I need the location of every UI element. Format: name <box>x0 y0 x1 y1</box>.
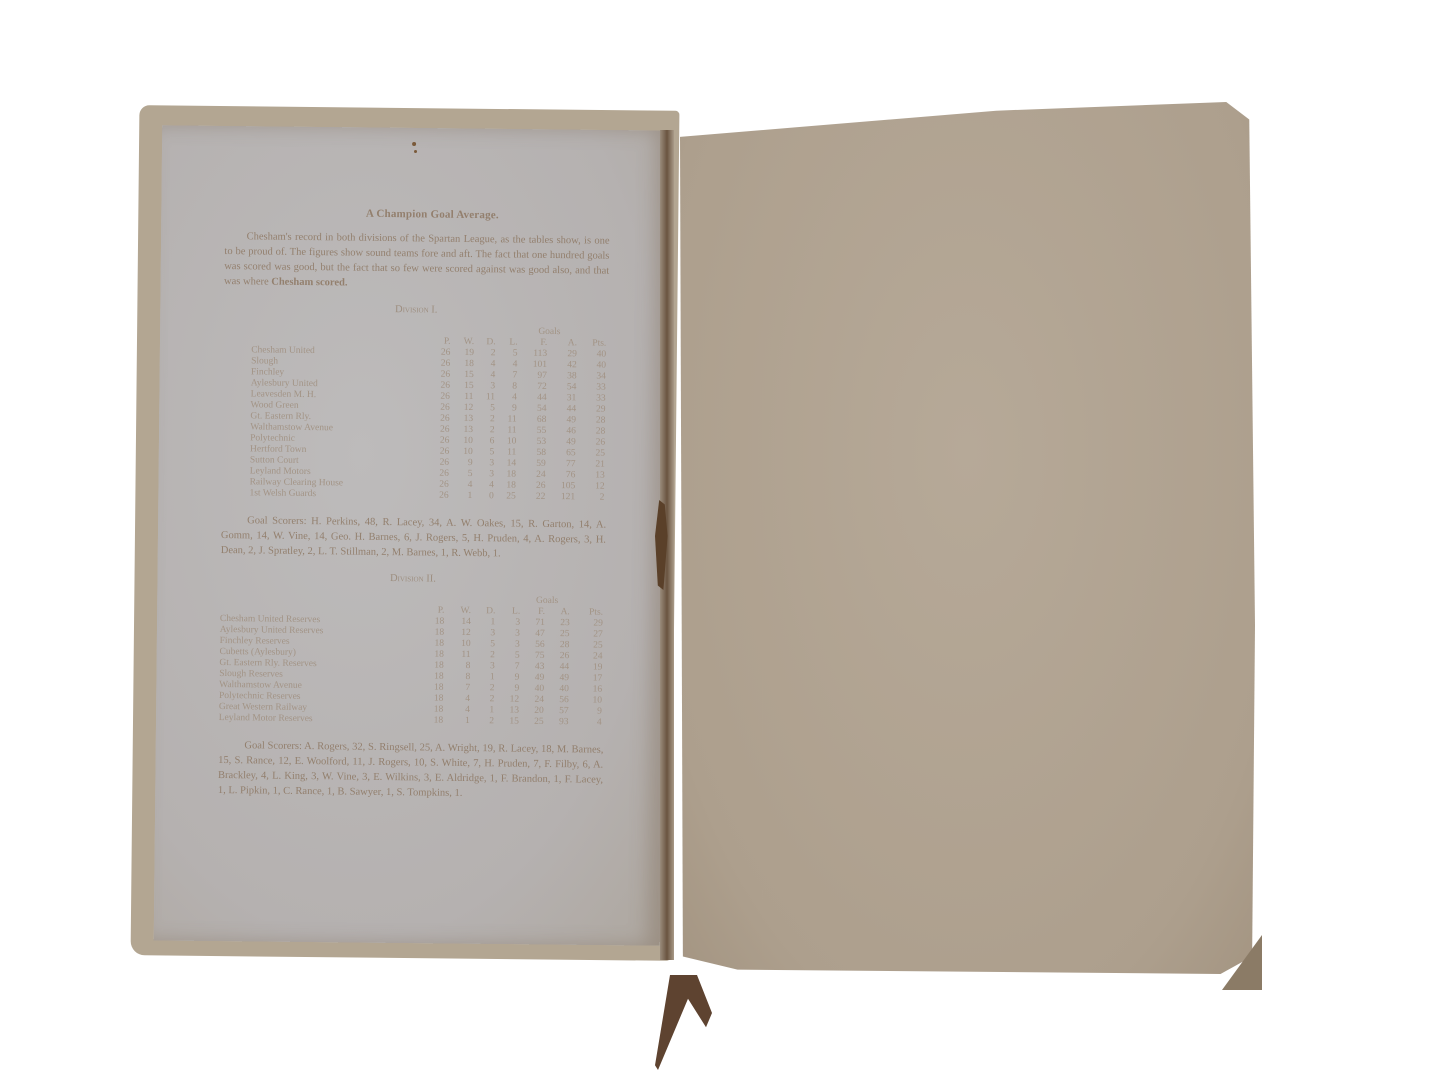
stat-a: 29 <box>549 349 579 360</box>
stat-w: 12 <box>452 403 476 414</box>
stat-pts: 25 <box>571 640 604 651</box>
stat-f: 113 <box>519 349 549 360</box>
stat-pts: 21 <box>577 459 606 470</box>
leader-dots <box>413 682 420 693</box>
stat-f: 71 <box>522 618 547 629</box>
stat-p: 18 <box>421 682 446 693</box>
stat-d: 2 <box>472 650 496 661</box>
stat-p: 26 <box>429 480 451 491</box>
stat-l: 11 <box>497 425 519 436</box>
leader-dots <box>414 649 421 660</box>
stat-pts: 19 <box>571 662 604 673</box>
stat-pts: 29 <box>572 618 605 629</box>
stat-f: 20 <box>521 706 546 717</box>
stat-d: 4 <box>476 359 498 370</box>
stat-f: 101 <box>519 360 549 371</box>
stat-p: 18 <box>420 693 445 704</box>
division-2-title: Division II. <box>220 570 605 589</box>
stat-f: 26 <box>518 481 548 492</box>
stat-a: 25 <box>547 629 572 640</box>
division-2-scorers: Goal Scorers: A. Rogers, 32, S. Ringsell… <box>218 738 604 803</box>
stat-l: 5 <box>497 650 522 661</box>
stat-l: 3 <box>497 639 522 650</box>
stat-f: 72 <box>519 382 549 393</box>
stat-w: 4 <box>451 480 475 491</box>
stat-l: 5 <box>497 348 519 359</box>
stat-pts: 25 <box>578 448 607 459</box>
stat-d: 4 <box>476 370 498 381</box>
stat-d: 4 <box>474 480 496 491</box>
stat-l: 14 <box>496 458 518 469</box>
stat-d: 3 <box>475 458 497 469</box>
stat-w: 8 <box>446 672 473 683</box>
goals-header: Goals <box>522 596 572 608</box>
stat-d: 2 <box>472 694 496 705</box>
stat-pts: 29 <box>578 404 607 415</box>
stat-l: 18 <box>496 469 518 480</box>
stat-pts: 24 <box>571 651 604 662</box>
stat-d: 2 <box>472 683 496 694</box>
stat-d: 2 <box>475 425 497 436</box>
stat-a: 49 <box>546 673 571 684</box>
col-against: A. <box>549 338 579 349</box>
bookmark-ribbon-tail <box>655 975 715 1070</box>
ink-stain <box>412 142 416 146</box>
stat-w: 8 <box>446 661 473 672</box>
stat-f: 54 <box>519 404 549 415</box>
stat-f: 58 <box>518 448 548 459</box>
ink-stain <box>414 150 417 153</box>
stat-l: 4 <box>497 359 519 370</box>
stat-f: 22 <box>518 492 548 503</box>
division-1-table: Goals P. W. D. L. F. A. Pts. Chesham Uni… <box>221 323 608 504</box>
stat-d: 1 <box>472 672 496 683</box>
stat-w: 14 <box>446 617 473 628</box>
stat-pts: 9 <box>571 706 604 717</box>
stat-l: 10 <box>496 436 518 447</box>
stat-w: 1 <box>451 491 475 502</box>
stat-pts: 33 <box>578 393 607 404</box>
stat-w: 15 <box>452 370 476 381</box>
stat-p: 26 <box>430 392 452 403</box>
stat-w: 10 <box>446 639 473 650</box>
stat-l: 3 <box>497 628 522 639</box>
stat-f: 68 <box>519 415 549 426</box>
stat-pts: 26 <box>578 437 607 448</box>
stat-l: 15 <box>496 716 521 727</box>
col-won: W. <box>452 337 476 348</box>
stat-pts: 34 <box>579 371 608 382</box>
stat-d: 1 <box>472 705 496 716</box>
stat-p: 26 <box>429 436 451 447</box>
stat-d: 2 <box>472 716 496 727</box>
stat-p: 18 <box>421 616 446 627</box>
goals-header: Goals <box>520 327 580 339</box>
stat-l: 4 <box>497 392 519 403</box>
col-played: P. <box>422 605 447 616</box>
stat-f: 43 <box>521 662 546 673</box>
stat-p: 26 <box>429 447 451 458</box>
scorers-label: Goal Scorers: <box>247 515 307 527</box>
stat-f: 44 <box>519 393 549 404</box>
stat-w: 10 <box>451 447 475 458</box>
stat-p: 18 <box>421 671 446 682</box>
stat-f: 59 <box>518 459 548 470</box>
stat-l: 18 <box>496 480 518 491</box>
division-2-table: Goals P. W. D. L. F. A. Pts. Chesham Uni <box>219 592 606 729</box>
stat-l: 11 <box>496 447 518 458</box>
stat-pts: 28 <box>578 415 607 426</box>
stat-w: 7 <box>445 683 472 694</box>
stat-p: 26 <box>429 469 451 480</box>
col-played: P. <box>431 337 453 348</box>
stat-a: 28 <box>547 640 572 651</box>
intro-emphasis: Chesham scored. <box>271 277 347 289</box>
stat-a: 121 <box>547 492 577 503</box>
stat-l: 7 <box>497 661 522 672</box>
stat-pts: 40 <box>579 360 608 371</box>
stat-pts: 10 <box>571 695 604 706</box>
col-drawn: D. <box>473 606 497 617</box>
stat-pts: 40 <box>579 349 608 360</box>
stat-p: 18 <box>421 638 446 649</box>
stat-w: 5 <box>451 469 475 480</box>
stat-a: 23 <box>547 618 572 629</box>
stat-a: 26 <box>546 651 571 662</box>
stat-a: 31 <box>549 393 579 404</box>
stat-d: 5 <box>473 639 497 650</box>
stat-f: 25 <box>521 717 546 728</box>
leader-dots <box>413 671 420 682</box>
stat-pts: 33 <box>578 382 607 393</box>
col-drawn: D. <box>476 337 498 348</box>
stat-p: 26 <box>430 414 452 425</box>
stat-f: 55 <box>518 426 548 437</box>
stat-d: 1 <box>473 617 497 628</box>
stat-a: 77 <box>548 459 578 470</box>
stat-a: 93 <box>546 717 571 728</box>
leader-dots <box>413 704 420 715</box>
stat-l: 8 <box>497 381 519 392</box>
stat-a: 56 <box>546 695 571 706</box>
stat-p: 26 <box>430 403 452 414</box>
stat-f: 53 <box>518 437 548 448</box>
stat-w: 11 <box>446 650 473 661</box>
col-for: F. <box>520 338 550 349</box>
stat-p: 18 <box>420 704 445 715</box>
stat-d: 2 <box>476 348 498 359</box>
stat-f: 75 <box>522 651 547 662</box>
stat-w: 15 <box>452 381 476 392</box>
stat-w: 4 <box>445 694 472 705</box>
stat-d: 3 <box>472 661 496 672</box>
stat-f: 97 <box>519 371 549 382</box>
stat-p: 26 <box>430 381 452 392</box>
stat-f: 49 <box>521 673 546 684</box>
stat-p: 26 <box>429 491 451 502</box>
stat-pts: 2 <box>577 492 606 503</box>
stat-d: 3 <box>473 628 497 639</box>
stat-l: 25 <box>496 491 518 502</box>
stat-l: 13 <box>496 705 521 716</box>
intro-paragraph: Chesham's record in both divisions of th… <box>224 229 610 294</box>
stat-l: 3 <box>497 617 522 628</box>
stat-l: 9 <box>497 672 522 683</box>
stat-l: 9 <box>496 683 521 694</box>
stat-p: 26 <box>429 458 451 469</box>
stat-w: 13 <box>451 425 475 436</box>
col-points: Pts. <box>572 607 605 618</box>
col-against: A. <box>547 607 572 618</box>
stat-a: 105 <box>547 481 577 492</box>
stat-a: 46 <box>548 426 578 437</box>
stat-a: 49 <box>548 437 578 448</box>
stat-a: 42 <box>549 360 579 371</box>
stat-w: 19 <box>452 348 476 359</box>
team-name: Leyland Motor Reserves <box>219 713 413 726</box>
division-1-title: Division I. <box>224 301 609 320</box>
stat-l: 9 <box>497 403 519 414</box>
stat-d: 6 <box>475 436 497 447</box>
col-lost: L. <box>497 606 522 617</box>
stat-f: 24 <box>518 470 548 481</box>
stat-pts: 12 <box>577 481 606 492</box>
col-lost: L. <box>498 337 520 348</box>
stat-a: 49 <box>548 415 578 426</box>
stat-a: 44 <box>546 662 571 673</box>
stat-w: 18 <box>452 359 476 370</box>
stat-p: 18 <box>421 660 446 671</box>
stat-pts: 4 <box>570 717 603 728</box>
col-points: Pts. <box>579 338 608 349</box>
stat-w: 13 <box>452 414 476 425</box>
stat-pts: 13 <box>577 470 606 481</box>
stat-a: 38 <box>549 371 579 382</box>
stat-f: 40 <box>521 684 546 695</box>
stat-a: 76 <box>548 470 578 481</box>
left-page-text: A Champion Goal Average. Chesham's recor… <box>218 205 610 803</box>
stat-a: 57 <box>546 706 571 717</box>
stat-w: 10 <box>451 436 475 447</box>
stat-d: 3 <box>476 381 498 392</box>
stat-a: 65 <box>548 448 578 459</box>
stat-l: 7 <box>497 370 519 381</box>
division-1-scorers: Goal Scorers: H. Perkins, 48, R. Lacey, … <box>221 513 607 563</box>
stat-p: 18 <box>421 627 446 638</box>
stat-pts: 16 <box>571 684 604 695</box>
stat-a: 54 <box>549 382 579 393</box>
stat-p: 18 <box>420 715 445 726</box>
stat-a: 44 <box>548 404 578 415</box>
stat-l: 11 <box>497 414 519 425</box>
stat-d: 0 <box>474 491 496 502</box>
leader-dots <box>414 616 421 627</box>
stat-w: 12 <box>446 628 473 639</box>
stat-d: 2 <box>475 414 497 425</box>
stat-w: 9 <box>451 458 475 469</box>
stat-d: 5 <box>475 403 497 414</box>
stat-p: 26 <box>430 348 452 359</box>
page-heading: A Champion Goal Average. <box>255 205 610 223</box>
team-name: 1st Welsh Guards <box>221 488 422 501</box>
stat-p: 26 <box>429 425 451 436</box>
stat-p: 18 <box>421 649 446 660</box>
col-won: W. <box>446 606 473 617</box>
scorers-label: Goal Scorers: <box>244 740 302 752</box>
stat-pts: 17 <box>571 673 604 684</box>
stat-f: 24 <box>521 695 546 706</box>
right-page-blank <box>680 102 1255 974</box>
stat-f: 47 <box>522 629 547 640</box>
open-book: A Champion Goal Average. Chesham's recor… <box>0 0 1440 1080</box>
stat-l: 12 <box>496 694 521 705</box>
stat-p: 26 <box>430 359 452 370</box>
stat-pts: 27 <box>572 629 605 640</box>
leader-dots <box>414 627 421 638</box>
stat-a: 40 <box>546 684 571 695</box>
stat-w: 1 <box>445 716 472 727</box>
stat-d: 11 <box>475 392 497 403</box>
stat-f: 56 <box>522 640 547 651</box>
stat-w: 11 <box>452 392 476 403</box>
stat-d: 3 <box>474 469 496 480</box>
stat-w: 4 <box>445 705 472 716</box>
col-for: F. <box>522 607 547 618</box>
stat-pts: 28 <box>578 426 607 437</box>
stat-p: 26 <box>430 370 452 381</box>
stat-d: 5 <box>475 447 497 458</box>
